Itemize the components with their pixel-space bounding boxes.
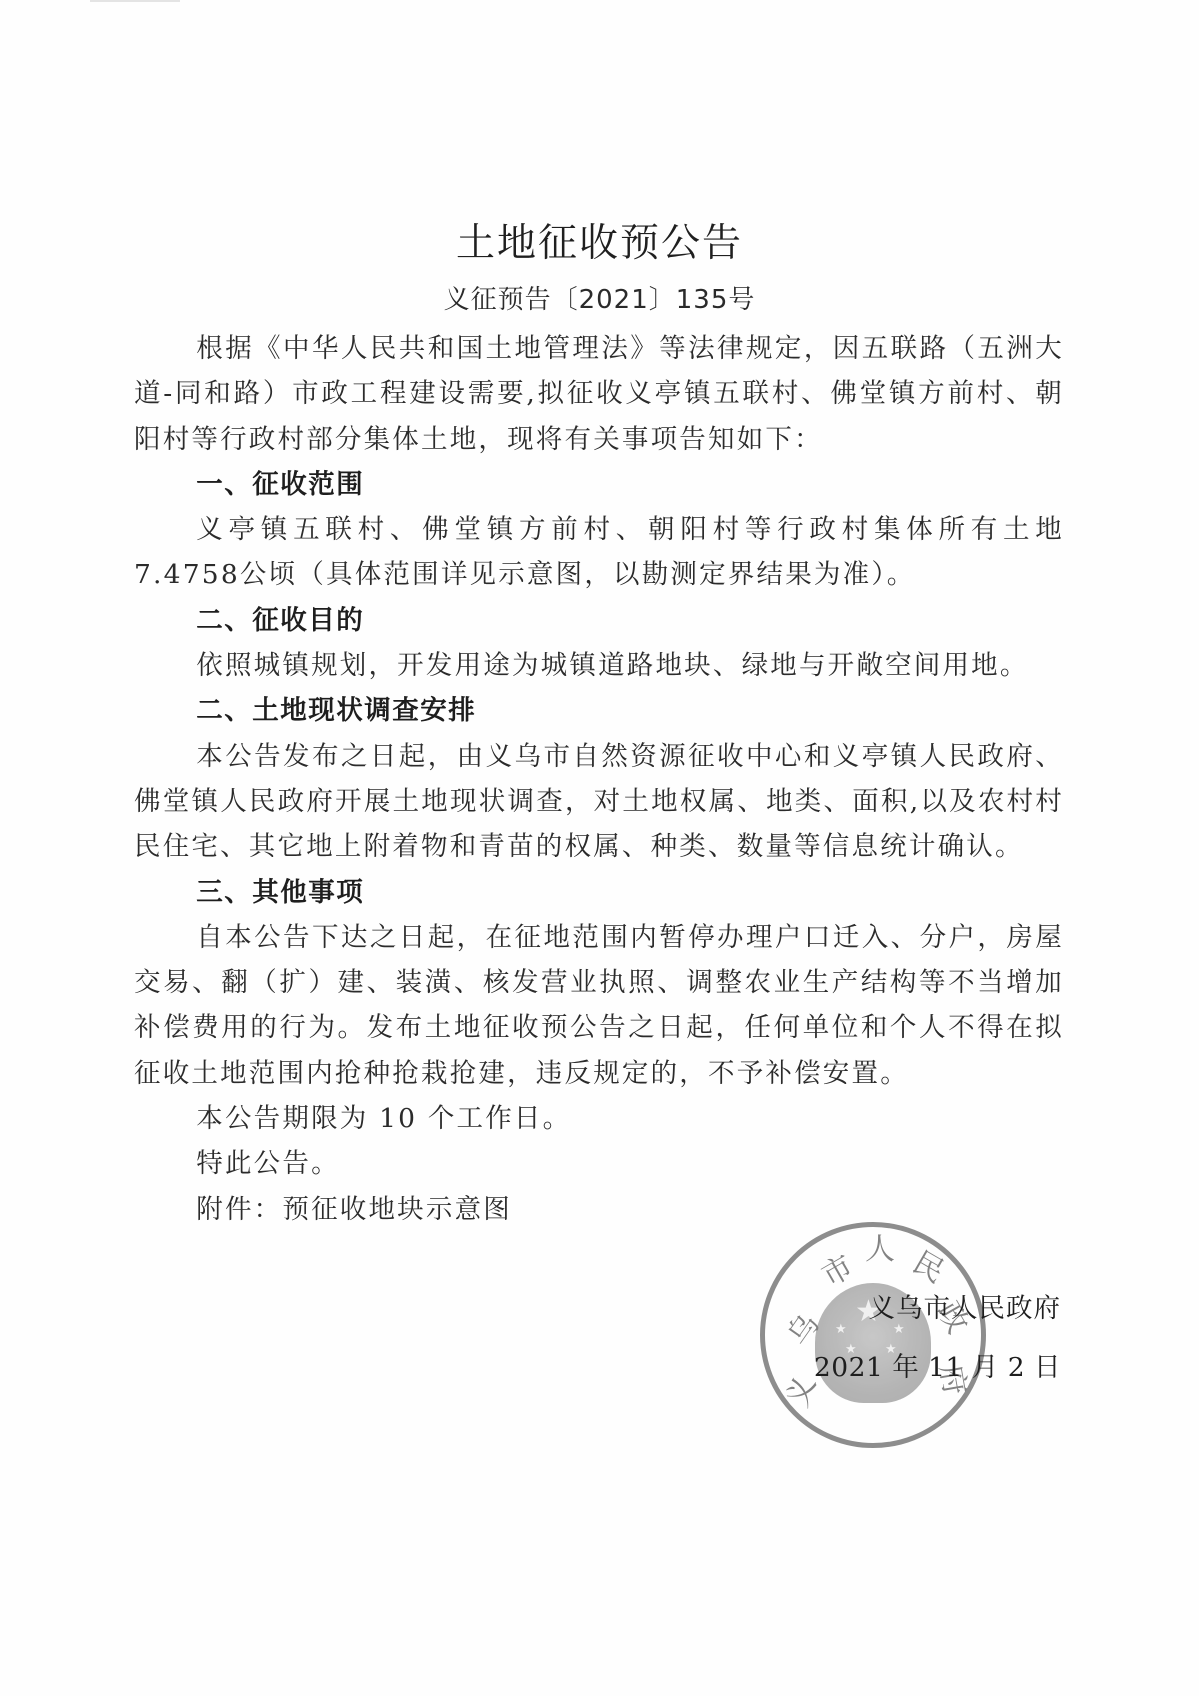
- seal-char: 民: [908, 1248, 949, 1289]
- intro-paragraph: 根据《中华人民共和国土地管理法》等法律规定，因五联路（五洲大道-同和路）市政工程…: [134, 326, 1064, 462]
- document-number: 义征预告〔2021〕135号: [0, 279, 1199, 316]
- star-icon: ★: [835, 1323, 847, 1336]
- issuer-signature: 义乌市人民政府: [869, 1286, 1062, 1325]
- section-paragraph-scope: 义亭镇五联村、佛堂镇方前村、朝阳村等行政村集体所有土地7.4758公顷（具体范围…: [134, 507, 1064, 598]
- section-heading-purpose: 二、征收目的: [134, 598, 1064, 643]
- section-paragraph-purpose: 依照城镇规划，开发用途为城镇道路地块、绿地与开敞空间用地。: [134, 643, 1064, 688]
- section-paragraph-survey: 本公告发布之日起，由义乌市自然资源征收中心和义亭镇人民政府、佛堂镇人民政府开展土…: [134, 734, 1064, 870]
- seal-char: 人: [865, 1235, 895, 1265]
- document-page: 土地征收预公告 义征预告〔2021〕135号 根据《中华人民共和国土地管理法》等…: [0, 0, 1199, 1696]
- official-seal: ★ ★ ★ ★ ★ 义 乌 市 人 民 政 府: [760, 1222, 986, 1448]
- notice-closing: 特此公告。: [134, 1141, 1064, 1186]
- section-heading-other: 三、其他事项: [134, 870, 1064, 915]
- issue-date: 2021 年 11 月 2 日: [814, 1345, 1061, 1384]
- section-heading-scope: 一、征收范围: [134, 462, 1064, 507]
- attachment-line: 附件：预征收地块示意图: [134, 1187, 1064, 1232]
- scan-edge-mark: [90, 0, 180, 2]
- document-body: 根据《中华人民共和国土地管理法》等法律规定，因五联路（五洲大道-同和路）市政工程…: [134, 326, 1064, 1232]
- document-title: 土地征收预公告: [0, 212, 1199, 268]
- notice-period: 本公告期限为 10 个工作日。: [134, 1096, 1064, 1141]
- section-paragraph-other: 自本公告下达之日起，在征地范围内暂停办理户口迁入、分户，房屋交易、翻（扩）建、装…: [134, 915, 1064, 1096]
- section-heading-survey: 二、土地现状调查安排: [134, 688, 1064, 733]
